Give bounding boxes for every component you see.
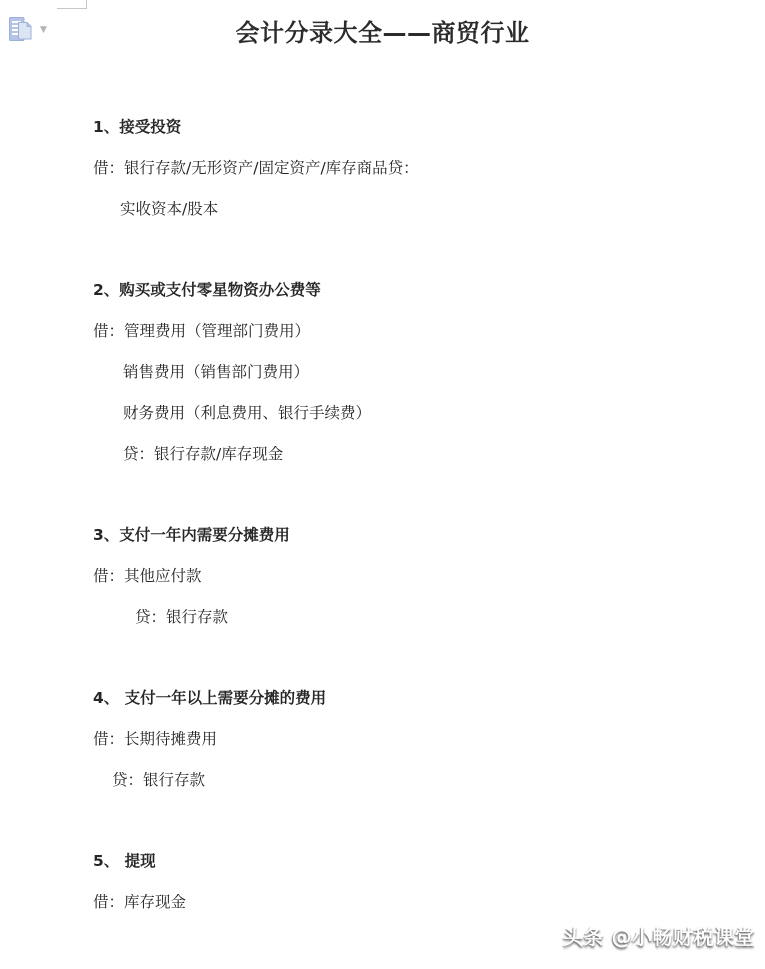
section-4-heading: 4、 支付一年以上需要分摊的费用 [93,678,419,719]
entry-line: 借：其他应付款 [93,556,419,597]
section-2-heading: 2、购买或支付零星物资办公费等 [93,270,419,311]
section-3: 3、支付一年内需要分摊费用 借：其他应付款 贷：银行存款 [93,515,419,638]
entry-line: 贷：银行存款 [135,597,419,638]
entry-line: 财务费用（利息费用、银行手续费） [123,393,419,434]
text-boundary-corner-mark [86,0,87,9]
document-body: 1、接受投资 借：银行存款/无形资产/固定资产/库存商品贷： 实收资本/股本 2… [93,107,419,923]
section-3-heading: 3、支付一年内需要分摊费用 [93,515,419,556]
text-boundary-corner-mark [57,8,87,9]
section-4: 4、 支付一年以上需要分摊的费用 借：长期待摊费用 贷：银行存款 [93,678,419,801]
page-title: 会计分录大全——商贸行业 [0,12,765,54]
section-5-heading: 5、 提现 [93,841,419,882]
watermark: 头条 @小畅财税课堂 [563,921,755,950]
entry-line: 借：库存现金 [93,882,419,923]
section-1: 1、接受投资 借：银行存款/无形资产/固定资产/库存商品贷： 实收资本/股本 [93,107,419,230]
entry-line: 贷：银行存款 [112,760,419,801]
section-2: 2、购买或支付零星物资办公费等 借：管理费用（管理部门费用） 销售费用（销售部门… [93,270,419,475]
section-5: 5、 提现 借：库存现金 [93,841,419,923]
entry-line: 借：银行存款/无形资产/固定资产/库存商品贷： [93,148,419,189]
entry-line: 贷：银行存款/库存现金 [123,434,419,475]
entry-line: 借：长期待摊费用 [93,719,419,760]
entry-line: 借：管理费用（管理部门费用） [93,311,419,352]
entry-line: 实收资本/股本 [120,189,419,230]
section-1-heading: 1、接受投资 [93,107,419,148]
entry-line: 销售费用（销售部门费用） [123,352,419,393]
